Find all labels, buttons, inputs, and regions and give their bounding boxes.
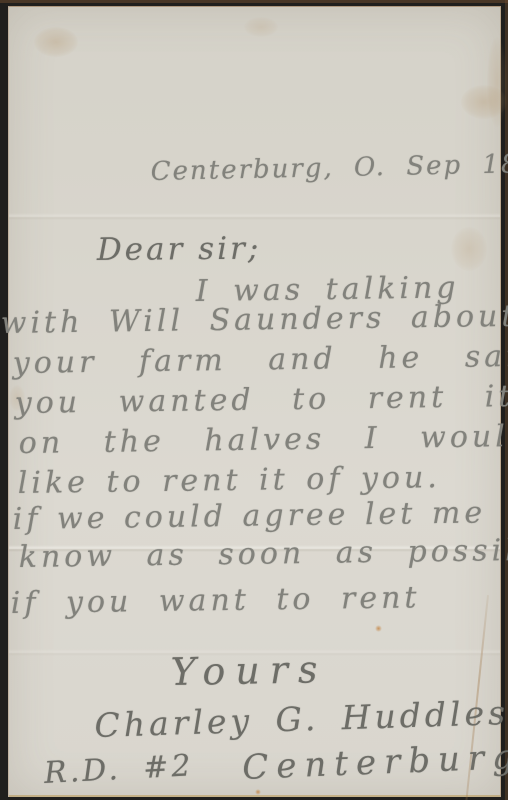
- foxing-stain: [34, 27, 78, 57]
- ink-speck: [255, 789, 261, 795]
- body-line: like to rent it of you.: [18, 463, 441, 499]
- foxing-stain: [244, 17, 278, 37]
- body-line: know as soon as possible: [19, 535, 508, 573]
- signature-name: Charley G. Huddlestun: [94, 694, 508, 742]
- fold-crease: [9, 213, 500, 220]
- body-line: on the halves I would: [19, 422, 508, 459]
- foxing-stain: [451, 227, 487, 271]
- closing: Yours: [170, 650, 327, 691]
- route-note: R.D. #2: [43, 751, 194, 789]
- dateline: Centerburg, O. Sep 18, 07: [150, 150, 508, 185]
- salutation: Dear sir;: [97, 234, 262, 266]
- body-line: if you want to rent: [11, 583, 421, 619]
- ink-speck: [375, 625, 382, 632]
- foxing-stain: [461, 85, 507, 119]
- body-line: if we could agree let me: [13, 498, 487, 535]
- signature-place: Centerburg: [242, 740, 508, 785]
- body-line: your farm and he said: [13, 342, 508, 379]
- letter-paper: Centerburg, O. Sep 18, 07 Dear sir; I wa…: [8, 6, 501, 797]
- body-line: with Will Saunders about: [1, 302, 508, 339]
- photo-backdrop: Centerburg, O. Sep 18, 07 Dear sir; I wa…: [0, 0, 508, 800]
- foxing-stain: [487, 37, 507, 127]
- body-line: you wanted to rent it: [15, 382, 508, 419]
